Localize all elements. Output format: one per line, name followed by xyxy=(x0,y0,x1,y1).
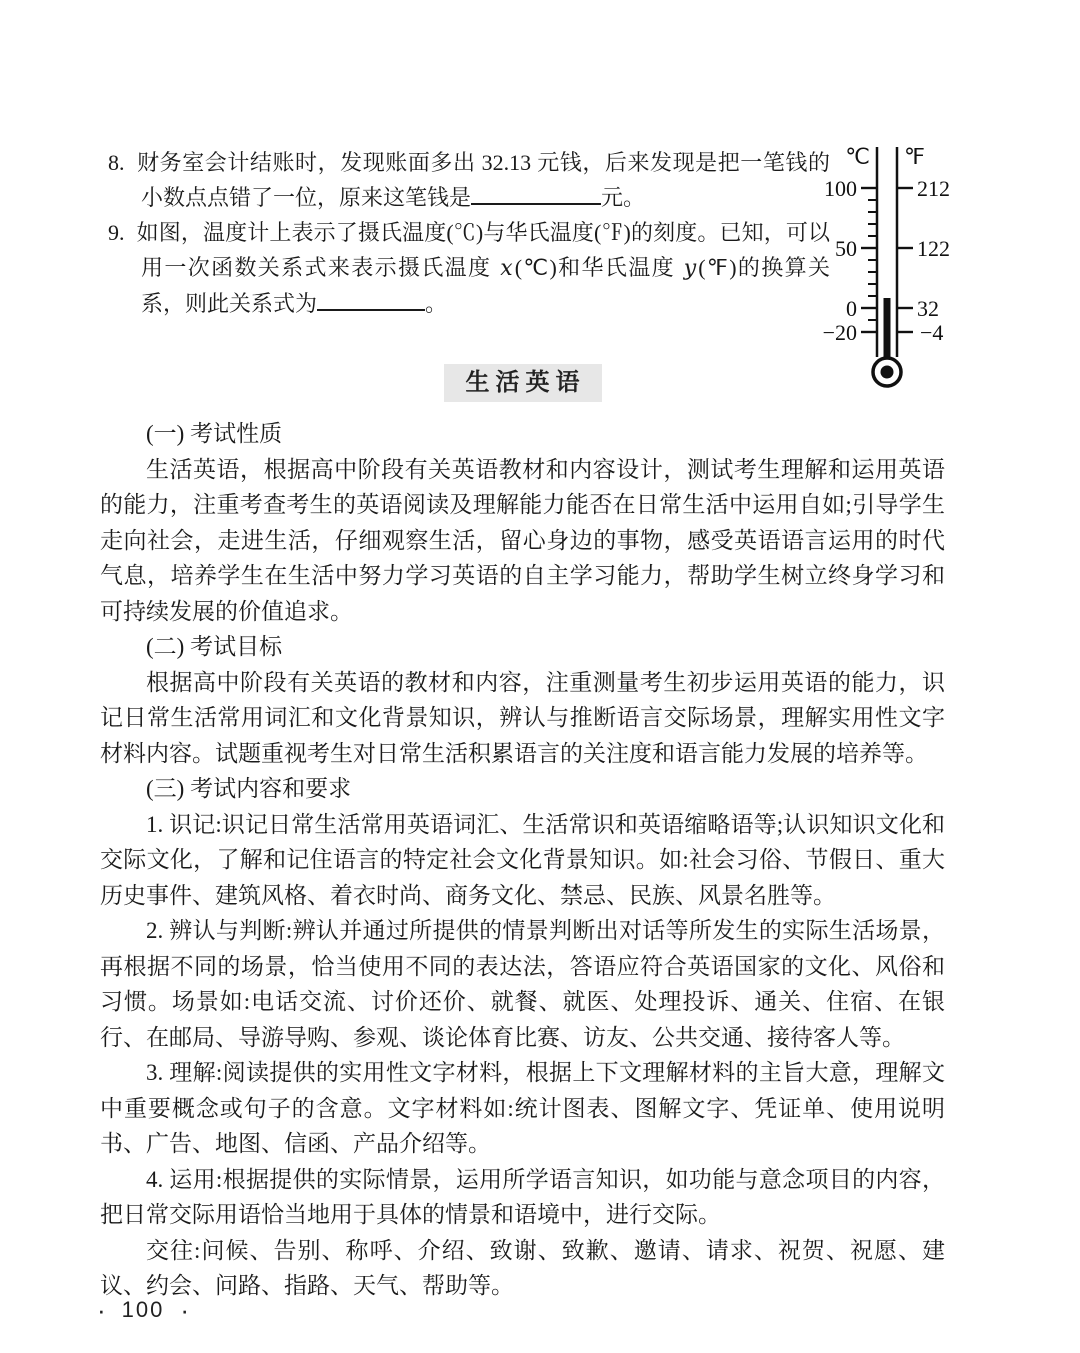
question-text: (℃)和华氏温度 xyxy=(515,255,682,280)
question-text: 元。 xyxy=(601,185,645,210)
answer-blank xyxy=(471,184,601,205)
question-8: 8.财务室会计结账时，发现账面多出 32.13 元钱，后来发现是把一笔钱的小数点… xyxy=(108,145,830,215)
section-title: 生 活 英 语 xyxy=(466,370,580,396)
fahrenheit-scale-label: 32 xyxy=(917,296,939,321)
footer-dot: · xyxy=(97,1297,106,1323)
content-paragraph: 根据高中阶段有关英语的教材和内容，注重测量考生初步运用英语的能力，识记日常生活常… xyxy=(100,665,945,772)
section-title-box: 生 活 英 语 xyxy=(444,364,602,402)
question-text: 。 xyxy=(425,291,447,316)
math-variable-y: y xyxy=(682,256,698,281)
content-paragraph: 2. 辨认与判断:辨认并通过所提供的情景判断出对话等所发生的实际生活场景，再根据… xyxy=(100,913,945,1055)
question-number: 8. xyxy=(108,150,125,175)
celsius-scale-label: 100 xyxy=(824,176,857,201)
celsius-scale-label: −20 xyxy=(823,320,857,345)
document-page: 8.财务室会计结账时，发现账面多出 32.13 元钱，后来发现是把一笔钱的小数点… xyxy=(0,0,1080,1353)
question-list: 8.财务室会计结账时，发现账面多出 32.13 元钱，后来发现是把一笔钱的小数点… xyxy=(108,145,830,321)
content-heading: (二) 考试目标 xyxy=(100,629,945,665)
page-footer: · 100 · xyxy=(97,1297,189,1323)
content-paragraph: 3. 理解:阅读提供的实用性文字材料，根据上下文理解材料的主旨大意，理解文中重要… xyxy=(100,1055,945,1162)
question-number: 9. xyxy=(108,220,125,245)
celsius-unit-label: ℃ xyxy=(845,144,870,169)
math-variable-x: x xyxy=(498,256,514,281)
page-number: 100 xyxy=(122,1297,165,1323)
question-9: 9.如图，温度计上表示了摄氏温度(℃)与华氏温度(℉)的刻度。已知，可以用一次函… xyxy=(108,215,830,321)
mercury-bulb-fill xyxy=(881,366,894,379)
content-paragraph: 生活英语，根据高中阶段有关英语教材和内容设计，测试考生理解和运用英语的能力，注重… xyxy=(100,452,945,630)
footer-dot: · xyxy=(180,1297,189,1323)
fahrenheit-scale-label: 122 xyxy=(917,236,950,261)
content-heading: (三) 考试内容和要求 xyxy=(100,771,945,807)
celsius-scale-label: 0 xyxy=(846,296,857,321)
thermometer-figure: ℃ ℉ 100 50 0 −20 212 122 32 −4 xyxy=(812,133,982,405)
content-paragraph: 4. 运用:根据提供的实际情景，运用所学语言知识，如功能与意念项目的内容，把日常… xyxy=(100,1162,945,1233)
content-heading: (一) 考试性质 xyxy=(100,416,945,452)
celsius-scale-label: 50 xyxy=(835,236,857,261)
content-paragraph: 交往:问候、告别、称呼、介绍、致谢、致歉、邀请、请求、祝贺、祝愿、建议、约会、问… xyxy=(100,1233,945,1304)
answer-blank xyxy=(317,290,425,311)
content-paragraph: 1. 识记:识记日常生活常用英语词汇、生活常识和英语缩略语等;认识知识文化和交际… xyxy=(100,807,945,914)
fahrenheit-scale-label: −4 xyxy=(920,320,943,345)
fahrenheit-unit-label: ℉ xyxy=(904,144,925,169)
fahrenheit-scale-label: 212 xyxy=(917,176,950,201)
